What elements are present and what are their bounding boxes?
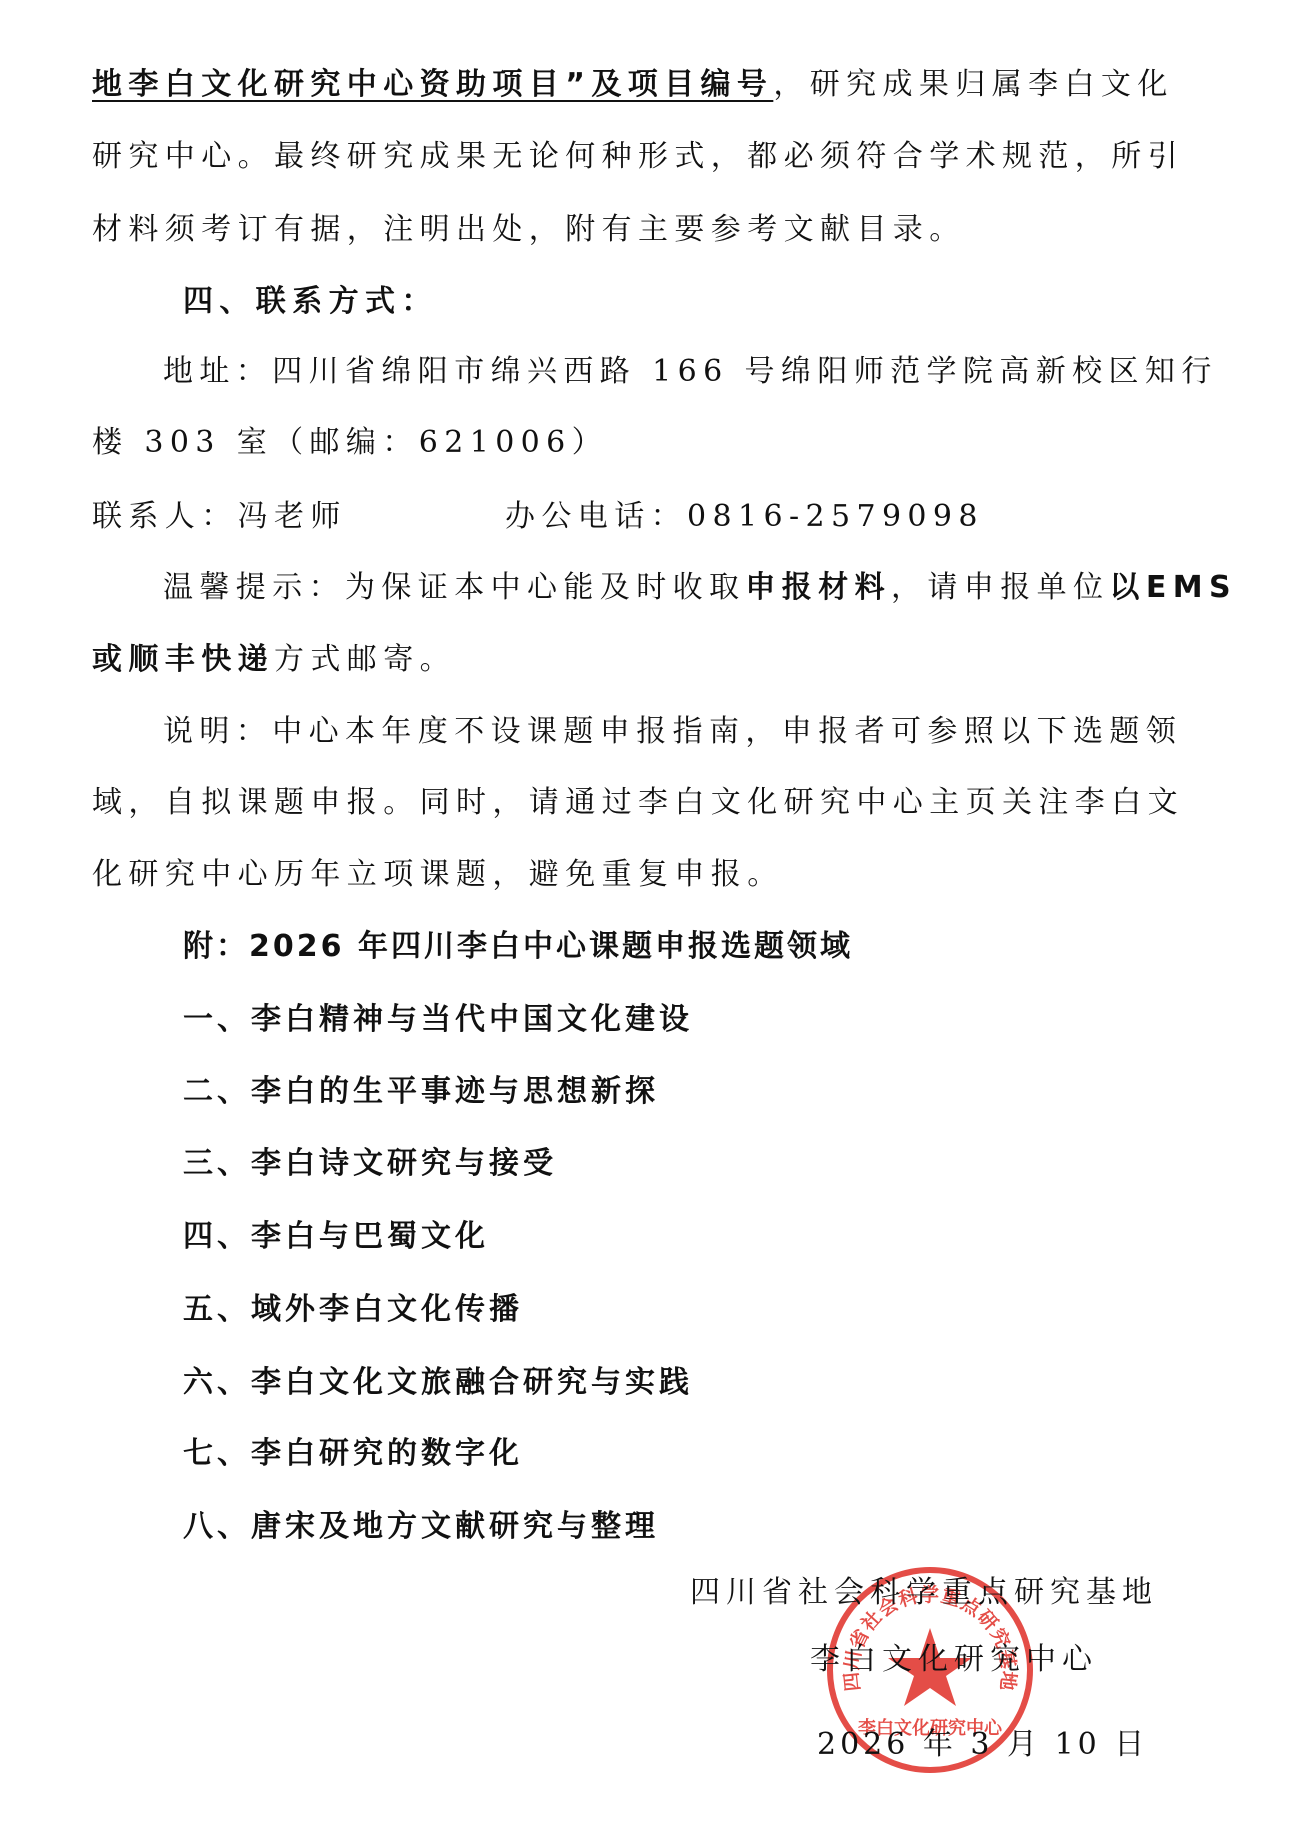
topic-item: 七、李白研究的数字化 [183,1434,523,1474]
reminder-rest: 方式邮寄。 [274,642,456,677]
reminder-line-1: 温馨提示：为保证本中心能及时收取申报材料，请申报单位以EMS [163,568,1237,608]
topic-item: 八、唐宋及地方文献研究与整理 [183,1507,659,1547]
paragraph-funding-line-2: 研究中心。最终研究成果无论何种形式，都必须符合学术规范，所引 [92,137,1184,177]
address-line-1: 地址：四川省绵阳市绵兴西路 166 号绵阳师范学院高新校区知行 [163,352,1218,392]
reminder-bold-materials: 申报材料 [745,570,891,605]
office-phone: 办公电话：0816-2579098 [505,497,984,537]
topic-item: 三、李白诗文研究与接受 [183,1144,557,1184]
reminder-line-2: 或顺丰快递方式邮寄。 [92,640,456,680]
appendix-title: 附：2026 年四川李白中心课题申报选题领域 [183,927,853,967]
reminder-mid: ，请申报单位 [891,570,1109,605]
note-line-1: 说明：中心本年度不设课题申报指南，申报者可参照以下选题领 [163,712,1182,752]
reminder-bold-ems: 以EMS [1109,570,1237,605]
topic-item: 一、李白精神与当代中国文化建设 [183,1000,693,1040]
paragraph-funding-line-1: 地李白文化研究中心资助项目”及项目编号，研究成果归属李白文化 [92,65,1174,105]
topic-item: 二、李白的生平事迹与思想新探 [183,1072,659,1112]
document-page: 地李白文化研究中心资助项目”及项目编号，研究成果归属李白文化 研究中心。最终研究… [0,0,1310,1841]
note-line-3: 化研究中心历年立项课题，避免重复申报。 [92,855,784,895]
signature-org-line-2: 李白文化研究中心 [810,1640,1098,1680]
contact-person: 联系人：冯老师 [92,497,347,537]
funding-note-rest: ，研究成果归属李白文化 [773,67,1173,102]
topic-item: 六、李白文化文旅融合研究与实践 [183,1363,693,1403]
note-line-2: 域，自拟课题申报。同时，请通过李白文化研究中心主页关注李白文 [92,783,1184,823]
contact-heading: 四、联系方式： [183,282,438,322]
funding-note-underlined: 地李白文化研究中心资助项目”及项目编号 [92,67,773,102]
paragraph-funding-line-3: 材料须考订有据，注明出处，附有主要参考文献目录。 [92,210,966,250]
reminder-bold-courier: 或顺丰快递 [92,642,274,677]
reminder-label: 温馨提示：为保证本中心能及时收取 [163,570,745,605]
signature-org-line-1: 四川省社会科学重点研究基地 [690,1573,1158,1613]
topic-item: 四、李白与巴蜀文化 [183,1217,489,1257]
address-line-2: 楼 303 室（邮编：621006） [92,423,608,463]
signature-date: 2026 年 3 月 10 日 [817,1725,1148,1765]
topic-item: 五、域外李白文化传播 [183,1290,523,1330]
